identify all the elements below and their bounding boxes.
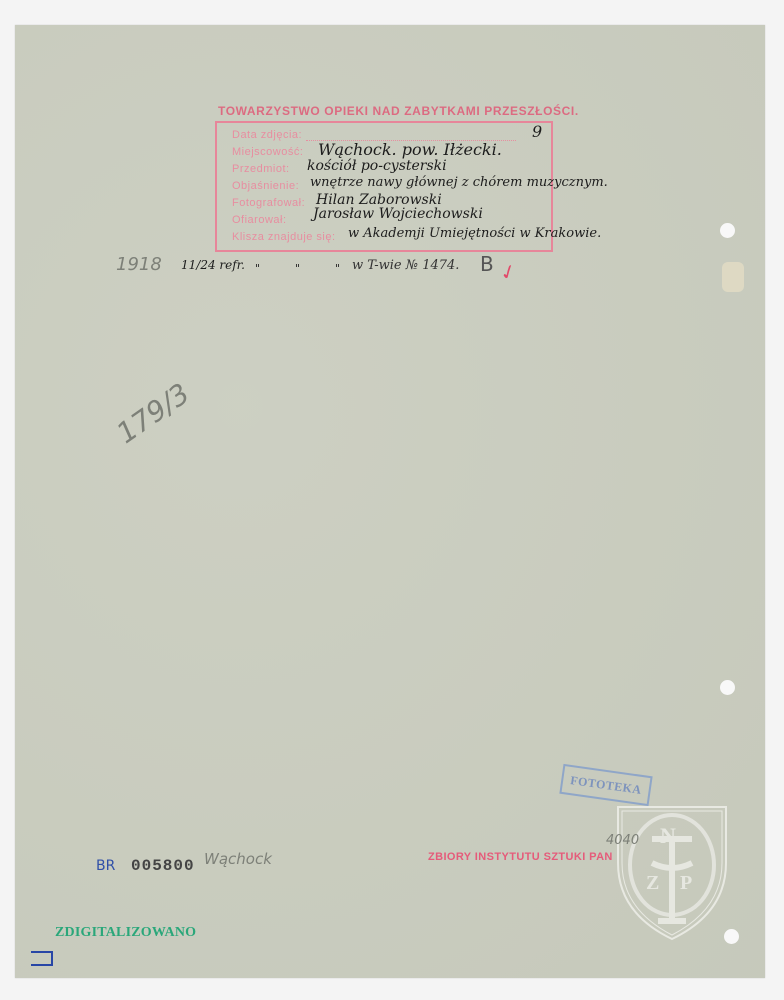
svg-text:N: N	[660, 823, 676, 848]
ditto-mark: "	[335, 262, 340, 275]
paper-damage	[722, 262, 744, 292]
punch-hole	[720, 223, 735, 238]
negative-location-value: w Akademji Umiejętności w Krakowie.	[348, 226, 601, 241]
ditto-mark: "	[255, 262, 260, 275]
catalog-place: Wąchock	[204, 850, 272, 868]
catalog-number: 005800	[131, 857, 195, 875]
bracket-mark	[31, 951, 53, 966]
punch-hole	[720, 680, 735, 695]
field-donor: Ofiarował:	[232, 214, 287, 230]
pencil-number: 4040	[606, 833, 639, 848]
catalog-prefix: BR	[96, 858, 115, 874]
society-stamp-header: TOWARZYSTWO OPIEKI NAD ZABYTKAMI PRZESZŁ…	[218, 104, 579, 118]
field-object: Przedmiot:	[232, 163, 290, 179]
location-value: Wąchock. pow. Iłżecki.	[318, 140, 502, 159]
annotation-letter: B	[480, 252, 494, 276]
digitized-stamp: ZDIGITALIZOWANO	[55, 925, 196, 941]
svg-text:P: P	[680, 872, 692, 894]
field-label: Fotografował:	[232, 197, 305, 209]
field-label: Miejscowość:	[232, 146, 303, 158]
annotation-text: w T-wie № 1474.	[352, 258, 459, 273]
field-label: Ofiarował:	[232, 214, 287, 226]
field-label: Objaśnienie:	[232, 180, 299, 192]
field-photographer: Fotografował:	[232, 197, 305, 213]
field-label: Data zdjęcia:	[232, 129, 302, 141]
institute-stamp: ZBIORY INSTYTUTU SZTUKI PAN	[428, 851, 613, 863]
annotation-ref: 11/24 refr.	[181, 258, 245, 272]
field-location: Miejscowość:	[232, 146, 303, 162]
svg-text:Z: Z	[646, 872, 659, 894]
field-description: Objaśnienie:	[232, 180, 299, 196]
field-label: Klisza znajduje się:	[232, 231, 336, 243]
field-label: Przedmiot:	[232, 163, 290, 175]
date-mark: 9	[532, 122, 542, 141]
institute-emblem-icon: N Z P	[612, 803, 732, 943]
ditto-mark: "	[295, 262, 300, 275]
description-value: wnętrze nawy głównej z chórem muzycznym.	[310, 175, 608, 190]
field-negative-location: Klisza znajduje się:	[232, 231, 336, 247]
annotation-year: 1918	[116, 254, 162, 275]
donor-value: Jarosław Wojciechowski	[313, 206, 483, 222]
object-value: kościół po-cysterski	[307, 158, 447, 174]
